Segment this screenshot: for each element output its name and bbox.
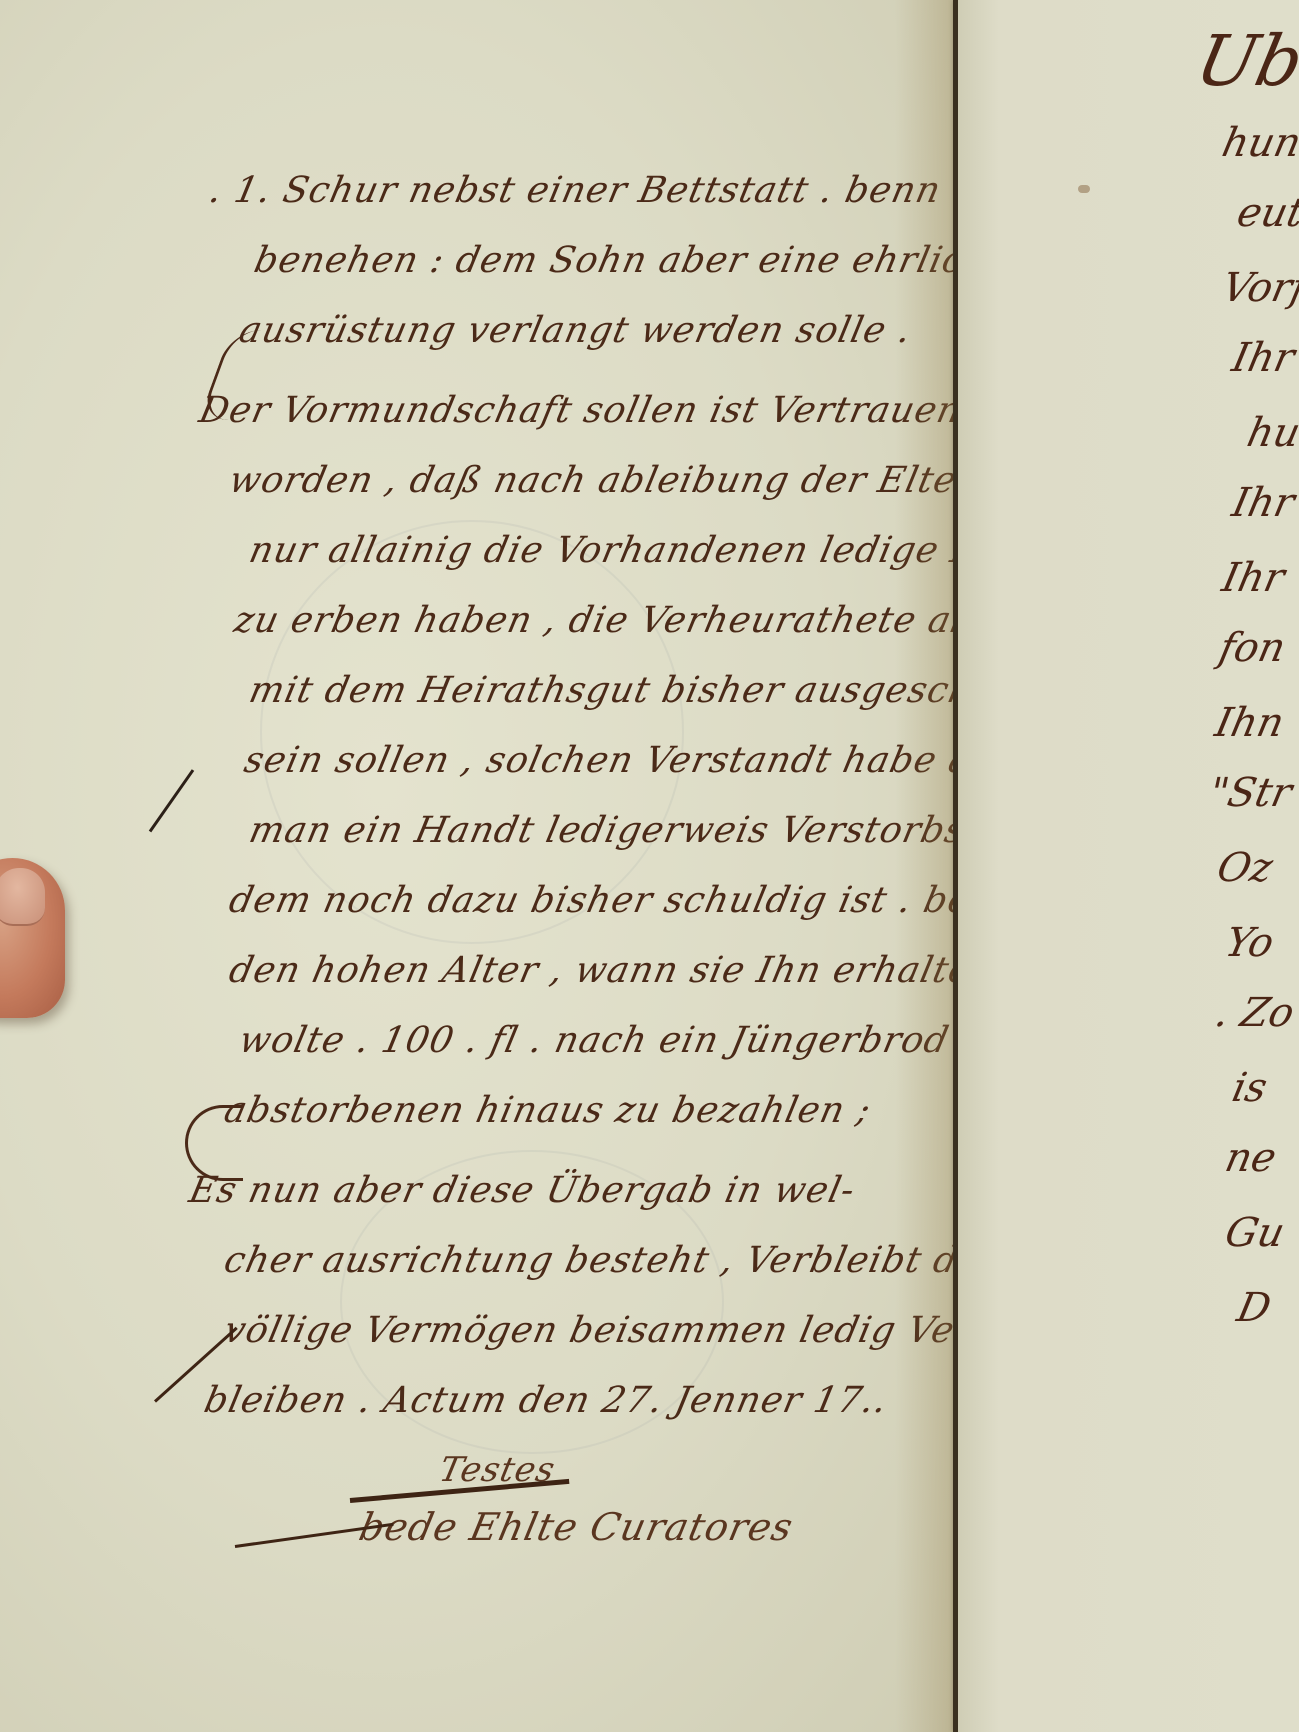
- right-page-fragment: "Str: [1205, 770, 1296, 816]
- right-page: Ub hun eut Vorf Ihr hun Ihr Ihr fon Ihn …: [958, 0, 1299, 1732]
- right-page-fragment: Vorf: [1218, 265, 1299, 311]
- manuscript-line: völlige Vermögen beisammen ledig Ver-: [221, 1310, 990, 1351]
- right-page-fragment: Gu: [1221, 1210, 1288, 1256]
- right-page-fragment: Ihr: [1218, 555, 1288, 601]
- manuscript-line: man ein Handt ledigerweis Verstorbs , de…: [246, 810, 1071, 851]
- manuscript-line: dem noch dazu bisher schuldig ist . bei: [226, 880, 988, 921]
- right-page-fragment: Oz: [1213, 845, 1277, 891]
- right-page-fragment: ne: [1221, 1135, 1280, 1181]
- right-page-fragment: Ihr: [1228, 480, 1298, 526]
- right-page-fragment: eut: [1233, 190, 1299, 236]
- right-page-fragment: . Zo: [1211, 990, 1298, 1036]
- manuscript-line: zu erben haben , die Verheurathete aber: [231, 600, 1020, 641]
- right-page-fragment: hun: [1243, 410, 1299, 456]
- manuscript-line: bleiben . Actum den 27. Jenner 17..: [201, 1380, 892, 1421]
- right-page-fragment: fon: [1215, 625, 1289, 671]
- paper-stain: [1078, 185, 1090, 193]
- margin-pen-stroke: [149, 769, 194, 832]
- right-page-fragment: is: [1228, 1065, 1271, 1111]
- manuscript-line: den hohen Alter , wann sie Ihn erhalten: [226, 950, 1000, 991]
- manuscript-line: Es nun aber diese Übergab in wel-: [186, 1170, 859, 1211]
- right-page-fragment: D: [1233, 1285, 1275, 1331]
- manuscript-line: . 1. Schur nebst einer Bettstatt . benn: [206, 170, 945, 211]
- right-page-fragment: Ihn: [1211, 700, 1288, 746]
- manuscript-line: benehen : dem Sohn aber eine ehrliche: [251, 240, 1015, 281]
- left-page: . 1. Schur nebst einer Bettstatt . benn …: [0, 0, 955, 1732]
- manuscript-line: abstorbenen hinaus zu bezahlen ;: [221, 1090, 875, 1131]
- signatories-line: bede Ehlte Curatores: [355, 1505, 797, 1549]
- manuscript-line: sein sollen , solchen Verstandt habe auc…: [241, 740, 1046, 781]
- right-page-fragment: Ihr: [1228, 335, 1298, 381]
- thumb: [0, 858, 65, 1018]
- right-page-fragment: Ub: [1189, 20, 1299, 102]
- thumbnail-nail: [0, 868, 45, 926]
- manuscript-line: wolte . 100 . fl . nach ein Jüngerbrod V…: [236, 1020, 1043, 1061]
- right-page-fragment: hun: [1218, 120, 1299, 166]
- manuscript-line: nur allainig die Vorhandenen ledige Kind: [246, 530, 1044, 571]
- manuscript-line: cher ausrichtung besteht , Verbleibt das: [221, 1240, 1005, 1281]
- right-page-fragment: Yo: [1221, 920, 1278, 966]
- manuscript-line: ausrüstung verlangt werden solle .: [236, 310, 916, 351]
- manuscript-line: worden , daß nach ableibung der Eltern: [226, 460, 1003, 501]
